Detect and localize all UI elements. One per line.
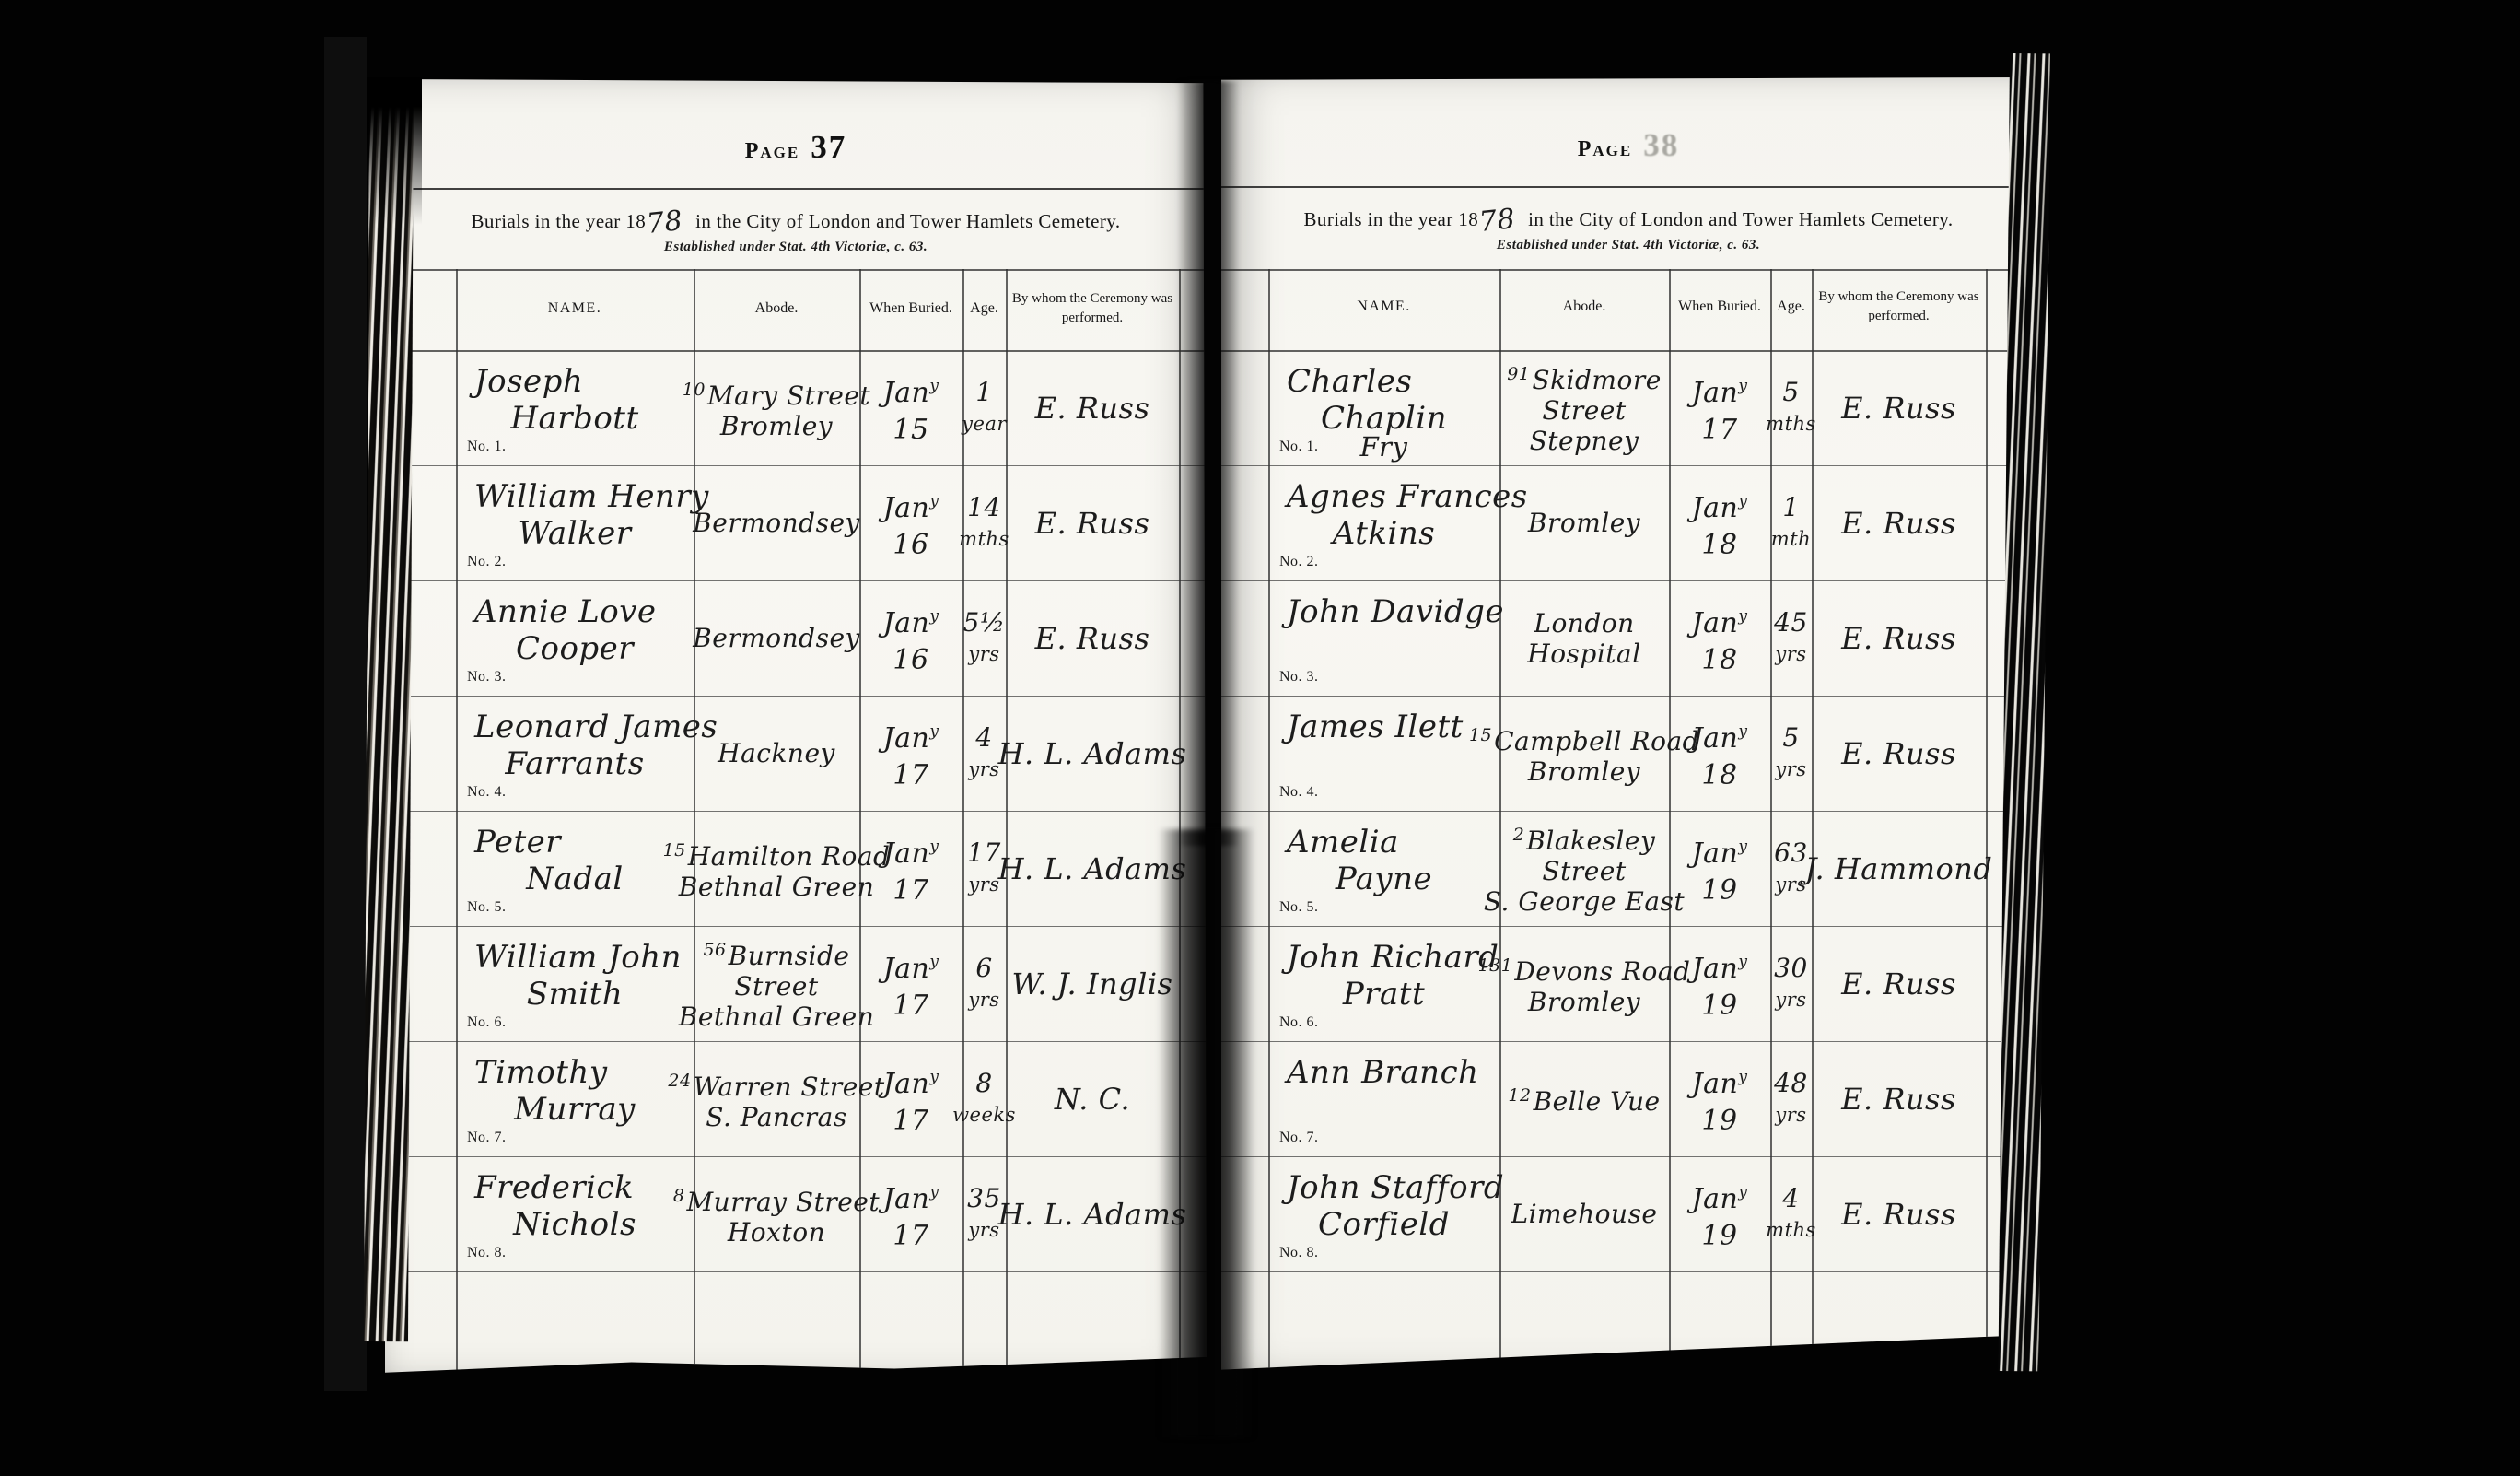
entry-number: No. 5. <box>467 899 507 916</box>
age-unit: yrs <box>1775 638 1806 670</box>
burial-day: 17 <box>1701 412 1737 449</box>
name-cell: John Richard Pratt No. 6. <box>1268 926 1499 1041</box>
burial-month: Jany <box>1692 713 1748 757</box>
abode-text: Bermondsey <box>693 508 860 538</box>
month-superscript: y <box>1738 607 1747 626</box>
age-value: 4 <box>975 722 992 754</box>
register-title: Burials in the year 1878in the City of L… <box>385 203 1207 235</box>
register-page-left: Page37 Burials in the year 1878in the Ci… <box>385 79 1207 1376</box>
month-superscript: y <box>929 377 939 395</box>
entry-number: No. 2. <box>467 554 507 570</box>
given-name: Frederick <box>474 1169 634 1206</box>
column-header-name: NAME. <box>1357 299 1411 315</box>
house-number: 8 <box>673 1186 685 1206</box>
house-number: 24 <box>668 1071 691 1091</box>
age-cell: 8 weeks <box>962 1041 1006 1156</box>
abode-line-2: Bethnal Green <box>679 872 874 902</box>
month-text: Jan <box>883 607 930 639</box>
burial-day: 17 <box>892 988 928 1025</box>
ceremony-cell: J. Hammond <box>1812 811 1986 926</box>
page-label: Page37 <box>385 129 1207 166</box>
abode-line-1: Bermondsey <box>693 508 860 538</box>
abode-line-2: S. Pancras <box>706 1102 846 1132</box>
abode-cell: 131Devons Road Bromley <box>1499 926 1669 1041</box>
burial-month: Jany <box>883 943 939 988</box>
title-suffix: in the City of London and Tower Hamlets … <box>695 210 1120 232</box>
entry-number: No. 3. <box>467 669 507 685</box>
register-title: Burials in the year 1878in the City of L… <box>1221 201 2036 233</box>
burial-month: Jany <box>1692 828 1748 873</box>
age-cell: 30 yrs <box>1770 926 1812 1041</box>
abode-line-3: S. George East <box>1484 886 1685 917</box>
name-cell: William Henry Walker No. 2. <box>456 465 694 580</box>
month-superscript: y <box>929 607 939 626</box>
month-superscript: y <box>929 722 939 741</box>
age-cell: 5½ yrs <box>962 580 1006 696</box>
burial-day: 17 <box>892 757 928 794</box>
entry-number: No. 4. <box>1279 784 1319 801</box>
table-row: Charles Chaplin Fry No. 1. 91Skidmore St… <box>1221 350 2036 466</box>
abode-cell: Bromley <box>1499 465 1669 580</box>
age-unit: mth <box>1771 523 1811 555</box>
burial-day: 16 <box>892 527 928 564</box>
house-number: 56 <box>703 940 726 960</box>
table-row: Amelia Payne No. 5. 2Blakesley Street S.… <box>1221 811 2036 927</box>
name-cell: Timothy Murray No. 7. <box>456 1041 694 1156</box>
register-page-right: Page38 Burials in the year 1878in the Ci… <box>1221 77 2036 1371</box>
given-name: Timothy <box>474 1054 608 1091</box>
burial-day: 19 <box>1701 1103 1737 1140</box>
given-name: Annie Love <box>474 593 657 630</box>
abode-line-2: Bromley <box>720 411 833 441</box>
surname: Cooper <box>456 630 694 667</box>
burial-month: Jany <box>1692 943 1748 988</box>
ceremony-cell: E. Russ <box>1006 350 1179 465</box>
abode-line-1: 15Campbell Road <box>1469 720 1699 756</box>
abode-line-1: 131Devons Road <box>1478 951 1691 987</box>
burial-month: Jany <box>883 368 939 412</box>
scanned-register-spread: Page37 Burials in the year 1878in the Ci… <box>0 0 2520 1476</box>
burial-day: 19 <box>1701 1218 1737 1255</box>
surname: Murray <box>456 1091 694 1128</box>
entry-number: No. 5. <box>1279 899 1319 916</box>
burial-day: 18 <box>1701 642 1737 679</box>
abode-line-1: 12Belle Vue <box>1508 1081 1660 1117</box>
month-superscript: y <box>929 1068 939 1086</box>
age-unit: yrs <box>968 869 999 900</box>
ceremony-cell: N. C. <box>1006 1041 1179 1156</box>
table-row: John Stafford Corfield No. 8. Limehouse … <box>1221 1156 2036 1272</box>
age-value: 8 <box>975 1068 992 1099</box>
burial-day: 18 <box>1701 757 1737 794</box>
page-label: Page38 <box>1221 127 2036 164</box>
ceremony-cell: E. Russ <box>1812 580 1986 696</box>
burial-day: 17 <box>892 873 928 909</box>
table-row: Timothy Murray No. 7. 24Warren Street S.… <box>385 1041 1207 1157</box>
surname: Farrants <box>456 745 694 782</box>
ceremony-cell: E. Russ <box>1812 1156 1986 1271</box>
house-number: 2 <box>1513 825 1525 845</box>
entry-number: No. 8. <box>1279 1245 1319 1261</box>
abode-text: Warren Street <box>694 1072 885 1102</box>
age-unit: yrs <box>968 754 999 785</box>
column-header-ceremony: By whom the Ceremony was performed. <box>1009 289 1175 328</box>
age-unit: mths <box>959 523 1009 555</box>
month-superscript: y <box>1738 722 1747 741</box>
given-name: John Davidge <box>1287 593 1504 630</box>
house-number: 91 <box>1507 364 1530 384</box>
house-number: 10 <box>682 380 706 400</box>
abode-text: Belle Vue <box>1534 1086 1661 1117</box>
when-buried-cell: Jany 18 <box>1669 465 1770 580</box>
when-buried-cell: Jany 16 <box>859 580 962 696</box>
abode-cell: 8Murray Street Hoxton <box>694 1156 859 1271</box>
entry-number: No. 8. <box>467 1245 507 1261</box>
abode-line-2: Street <box>734 971 818 1002</box>
month-text: Jan <box>883 722 930 755</box>
month-text: Jan <box>883 1068 930 1100</box>
abode-cell: Bermondsey <box>694 580 859 696</box>
abode-line-2: Hospital <box>1527 638 1640 669</box>
abode-text: Hackney <box>717 738 835 768</box>
age-cell: 45 yrs <box>1770 580 1812 696</box>
abode-line-1: 91Skidmore <box>1507 359 1662 395</box>
month-text: Jan <box>1692 492 1739 524</box>
column-header-name: NAME. <box>548 300 602 317</box>
name-cell: Amelia Payne No. 5. <box>1268 811 1499 926</box>
burial-month: Jany <box>1692 483 1748 527</box>
name-cell: Annie Love Cooper No. 3. <box>456 580 694 696</box>
ceremony-cell: H. L. Adams <box>1006 1156 1179 1271</box>
given-name: John Stafford <box>1287 1169 1504 1206</box>
burial-month: Jany <box>883 598 939 642</box>
age-value: 35 <box>967 1183 1001 1214</box>
age-unit: yrs <box>968 984 999 1015</box>
when-buried-cell: Jany 17 <box>1669 350 1770 465</box>
abode-line-1: Bromley <box>1528 508 1640 538</box>
month-superscript: y <box>929 1183 939 1201</box>
title-prefix: Burials in the year 18 <box>472 210 647 232</box>
age-value: 4 <box>1782 1183 1799 1214</box>
entry-number: No. 4. <box>467 784 507 801</box>
when-buried-cell: Jany 19 <box>1669 926 1770 1041</box>
table-row: Peter Nadal No. 5. 15Hamilton Road Bethn… <box>385 811 1207 927</box>
age-value: 45 <box>1774 607 1808 638</box>
given-name: Joseph <box>474 363 583 400</box>
when-buried-cell: Jany 17 <box>859 1041 962 1156</box>
given-name: Leonard James <box>474 709 717 745</box>
burial-day: 17 <box>892 1218 928 1255</box>
given-name: William John <box>474 939 682 976</box>
surname: Pratt <box>1268 976 1499 1013</box>
age-unit: yrs <box>1775 1099 1806 1130</box>
when-buried-cell: Jany 16 <box>859 465 962 580</box>
name-cell: John Stafford Corfield No. 8. <box>1268 1156 1499 1271</box>
burial-day: 17 <box>892 1103 928 1140</box>
abode-text: Limehouse <box>1511 1199 1657 1229</box>
abode-cell: 10Mary Street Bromley <box>694 350 859 465</box>
abode-text: Mary Street <box>707 381 870 411</box>
abode-cell: 15Campbell Road Bromley <box>1499 696 1669 811</box>
table-top-rule <box>1221 269 2036 271</box>
burial-month: Jany <box>883 483 939 527</box>
table-row: Agnes Frances Atkins No. 2. Bromley Jany… <box>1221 465 2036 581</box>
age-unit: year <box>962 408 1007 439</box>
column-header-age: Age. <box>970 300 998 317</box>
entry-number: No. 3. <box>1279 669 1319 685</box>
name-cell: Charles Chaplin Fry No. 1. <box>1268 350 1499 465</box>
abode-cell: 91Skidmore Street Stepney <box>1499 350 1669 465</box>
table-row: Frederick Nichols No. 8. 8Murray Street … <box>385 1156 1207 1272</box>
entry-number: No. 1. <box>1279 439 1319 455</box>
table-row: Annie Love Cooper No. 3. Bermondsey Jany… <box>385 580 1207 697</box>
surname: Smith <box>456 976 694 1013</box>
abode-text: Bromley <box>1528 508 1640 538</box>
when-buried-cell: Jany 17 <box>859 1156 962 1271</box>
abode-line-1: Bermondsey <box>693 623 860 653</box>
when-buried-cell: Jany 18 <box>1669 696 1770 811</box>
age-unit: yrs <box>1775 754 1806 785</box>
month-superscript: y <box>1738 838 1747 856</box>
abode-line-3: Bethnal Green <box>679 1002 874 1032</box>
burial-month: Jany <box>883 828 939 873</box>
abode-line-2: Bromley <box>1528 756 1640 787</box>
age-unit: mths <box>1766 1214 1816 1246</box>
abode-line-1: 10Mary Street <box>682 375 870 411</box>
book-binding-edge <box>364 77 414 1341</box>
abode-cell: Limehouse <box>1499 1156 1669 1271</box>
month-superscript: y <box>929 838 939 856</box>
abode-text: Blakesley <box>1526 826 1655 856</box>
title-suffix: in the City of London and Tower Hamlets … <box>1528 208 1953 230</box>
surname: Nichols <box>456 1206 694 1243</box>
burial-day: 16 <box>892 642 928 679</box>
entry-number: No. 6. <box>1279 1014 1319 1031</box>
given-name: Ann Branch <box>1287 1054 1479 1091</box>
burial-month: Jany <box>883 713 939 757</box>
ceremony-cell: E. Russ <box>1812 696 1986 811</box>
age-cell: 4 mths <box>1770 1156 1812 1271</box>
abode-line-1: 24Warren Street <box>668 1066 884 1102</box>
page-word: Page <box>745 139 800 163</box>
given-name: William Henry <box>474 478 709 515</box>
abode-cell: 15Hamilton Road Bethnal Green <box>694 811 859 926</box>
abode-cell: Bermondsey <box>694 465 859 580</box>
month-superscript: y <box>929 953 939 971</box>
name-cell: Frederick Nichols No. 8. <box>456 1156 694 1271</box>
abode-text: Devons Road <box>1514 956 1690 987</box>
binding-corner-shadow <box>367 77 422 225</box>
entry-number: No. 7. <box>467 1130 507 1146</box>
house-number: 15 <box>1469 725 1492 745</box>
name-cell: Agnes Frances Atkins No. 2. <box>1268 465 1499 580</box>
surname: Harbott <box>456 400 694 437</box>
month-text: Jan <box>1692 1183 1739 1215</box>
page-gutter-shadow-lower <box>1159 829 1254 1437</box>
table-top-rule <box>385 269 1207 271</box>
ceremony-cell: E. Russ <box>1812 465 1986 580</box>
age-value: 6 <box>975 953 992 984</box>
month-text: Jan <box>1692 838 1739 870</box>
header-rule <box>385 188 1207 190</box>
when-buried-cell: Jany 17 <box>859 696 962 811</box>
age-value: 63 <box>1774 838 1808 869</box>
entry-number: No. 2. <box>1279 554 1319 570</box>
month-superscript: y <box>1738 1068 1747 1086</box>
abode-line-1: 8Murray Street <box>673 1181 880 1217</box>
name-cell: Ann Branch No. 7. <box>1268 1041 1499 1156</box>
when-buried-cell: Jany 18 <box>1669 580 1770 696</box>
age-value: 1 <box>975 377 992 408</box>
abode-text: Murray Street <box>687 1187 881 1217</box>
age-cell: 5 yrs <box>1770 696 1812 811</box>
surname: Payne <box>1268 861 1499 897</box>
month-text: Jan <box>1692 953 1739 985</box>
month-superscript: y <box>1738 492 1747 510</box>
age-cell: 1 mth <box>1770 465 1812 580</box>
abode-line-2: Street <box>1542 395 1626 426</box>
surname: Nadal <box>456 861 694 897</box>
abode-text: Burnside <box>729 941 850 971</box>
name-cell: James Ilett No. 4. <box>1268 696 1499 811</box>
abode-line-2: Street <box>1542 856 1626 886</box>
given-name: John Richard <box>1287 939 1499 976</box>
when-buried-cell: Jany 17 <box>859 811 962 926</box>
month-superscript: y <box>1738 953 1747 971</box>
ceremony-cell: W. J. Inglis <box>1006 926 1179 1041</box>
table-row: William John Smith No. 6. 56Burnside Str… <box>385 926 1207 1042</box>
column-header-ceremony: By whom the Ceremony was performed. <box>1816 287 1982 326</box>
month-text: Jan <box>883 492 930 524</box>
burial-month: Jany <box>1692 1059 1748 1103</box>
month-text: Jan <box>1692 1068 1739 1100</box>
table-row: William Henry Walker No. 2. Bermondsey J… <box>385 465 1207 581</box>
book-edge-shadow <box>324 37 367 1391</box>
given-name: Amelia <box>1287 824 1399 861</box>
given-name: Peter <box>474 824 561 861</box>
month-text: Jan <box>1692 607 1739 639</box>
age-cell: 6 yrs <box>962 926 1006 1041</box>
abode-line-2: Bromley <box>1528 987 1640 1017</box>
header-rule <box>1221 186 2036 188</box>
month-text: Jan <box>883 1183 930 1215</box>
month-text: Jan <box>1692 377 1739 409</box>
given-name: Charles <box>1287 363 1412 400</box>
abode-line-1: Hackney <box>717 738 835 768</box>
burial-day: 15 <box>892 412 928 449</box>
name-cell: William John Smith No. 6. <box>456 926 694 1041</box>
month-superscript: y <box>1738 377 1747 395</box>
age-value: 48 <box>1774 1068 1808 1099</box>
column-header-abode: Abode. <box>1563 299 1606 315</box>
given-name: Agnes Frances <box>1287 478 1528 515</box>
month-superscript: y <box>1738 1183 1747 1201</box>
age-cell: 1 year <box>962 350 1006 465</box>
burial-day: 18 <box>1701 527 1737 564</box>
page-word: Page <box>1578 137 1633 161</box>
burial-day: 19 <box>1701 988 1737 1025</box>
age-value: 5 <box>1782 722 1799 754</box>
table-row: Ann Branch No. 7. 12Belle Vue Jany 19 48… <box>1221 1041 2036 1157</box>
abode-line-2: Hoxton <box>728 1217 825 1248</box>
page-number: 38 <box>1643 127 1679 163</box>
burial-month: Jany <box>1692 1174 1748 1218</box>
table-row: John Davidge No. 3. London Hospital Jany… <box>1221 580 2036 697</box>
name-cell: Peter Nadal No. 5. <box>456 811 694 926</box>
abode-line-3: Stepney <box>1530 426 1639 456</box>
abode-line-1: 56Burnside <box>703 935 849 971</box>
month-text: Jan <box>883 377 930 409</box>
when-buried-cell: Jany 15 <box>859 350 962 465</box>
burial-day: 19 <box>1701 873 1737 909</box>
entry-number: No. 1. <box>467 439 507 455</box>
abode-text: Skidmore <box>1532 365 1661 395</box>
age-cell: 14 mths <box>962 465 1006 580</box>
age-unit: yrs <box>968 638 999 670</box>
abode-text: Bermondsey <box>693 623 860 653</box>
column-header-abode: Abode. <box>755 300 799 317</box>
surname: Walker <box>456 515 694 552</box>
ceremony-cell: E. Russ <box>1006 580 1179 696</box>
age-value: 5½ <box>963 607 1006 638</box>
age-value: 17 <box>967 838 1001 869</box>
age-value: 5 <box>1782 377 1799 408</box>
page-number: 37 <box>811 129 846 165</box>
title-prefix: Burials in the year 18 <box>1304 208 1479 230</box>
table-row: John Richard Pratt No. 6. 131Devons Road… <box>1221 926 2036 1042</box>
house-number: 15 <box>663 840 686 861</box>
abode-cell: 24Warren Street S. Pancras <box>694 1041 859 1156</box>
ceremony-cell: E. Russ <box>1812 350 1986 465</box>
burial-month: Jany <box>883 1174 939 1218</box>
abode-cell: Hackney <box>694 696 859 811</box>
entry-number: No. 6. <box>467 1014 507 1031</box>
age-value: 1 <box>1782 492 1799 523</box>
when-buried-cell: Jany 17 <box>859 926 962 1041</box>
burial-month: Jany <box>883 1059 939 1103</box>
ceremony-cell: E. Russ <box>1006 465 1179 580</box>
when-buried-cell: Jany 19 <box>1669 1156 1770 1271</box>
table-row: Joseph Harbott No. 1. 10Mary Street Brom… <box>385 350 1207 466</box>
abode-cell: London Hospital <box>1499 580 1669 696</box>
age-cell: 5 mths <box>1770 350 1812 465</box>
age-value: 30 <box>1774 953 1808 984</box>
age-unit: yrs <box>1775 984 1806 1015</box>
abode-line-1: 15Hamilton Road <box>663 836 891 872</box>
statute-subtitle: Established under Stat. 4th Victoriæ, c.… <box>385 240 1207 255</box>
abode-cell: 12Belle Vue <box>1499 1041 1669 1156</box>
ceremony-cell: E. Russ <box>1812 1041 1986 1156</box>
house-number: 12 <box>1508 1085 1531 1106</box>
given-name: James Ilett <box>1287 709 1464 745</box>
ceremony-cell: H. L. Adams <box>1006 696 1179 811</box>
burial-month: Jany <box>1692 368 1748 412</box>
age-cell: 48 yrs <box>1770 1041 1812 1156</box>
column-header-age: Age. <box>1777 299 1805 315</box>
ceremony-cell: E. Russ <box>1812 926 1986 1041</box>
surname: Atkins <box>1268 515 1499 552</box>
table-row: Leonard James Farrants No. 4. Hackney Ja… <box>385 696 1207 812</box>
when-buried-cell: Jany 19 <box>1669 811 1770 926</box>
ceremony-cell: H. L. Adams <box>1006 811 1179 926</box>
page-gutter-shadow <box>1177 81 1240 846</box>
burial-month: Jany <box>1692 598 1748 642</box>
name-cell: Joseph Harbott No. 1. <box>456 350 694 465</box>
name-cell: John Davidge No. 3. <box>1268 580 1499 696</box>
surname: Corfield <box>1268 1206 1499 1243</box>
abode-line-1: 2Blakesley <box>1513 820 1656 856</box>
house-number: 131 <box>1478 955 1513 976</box>
